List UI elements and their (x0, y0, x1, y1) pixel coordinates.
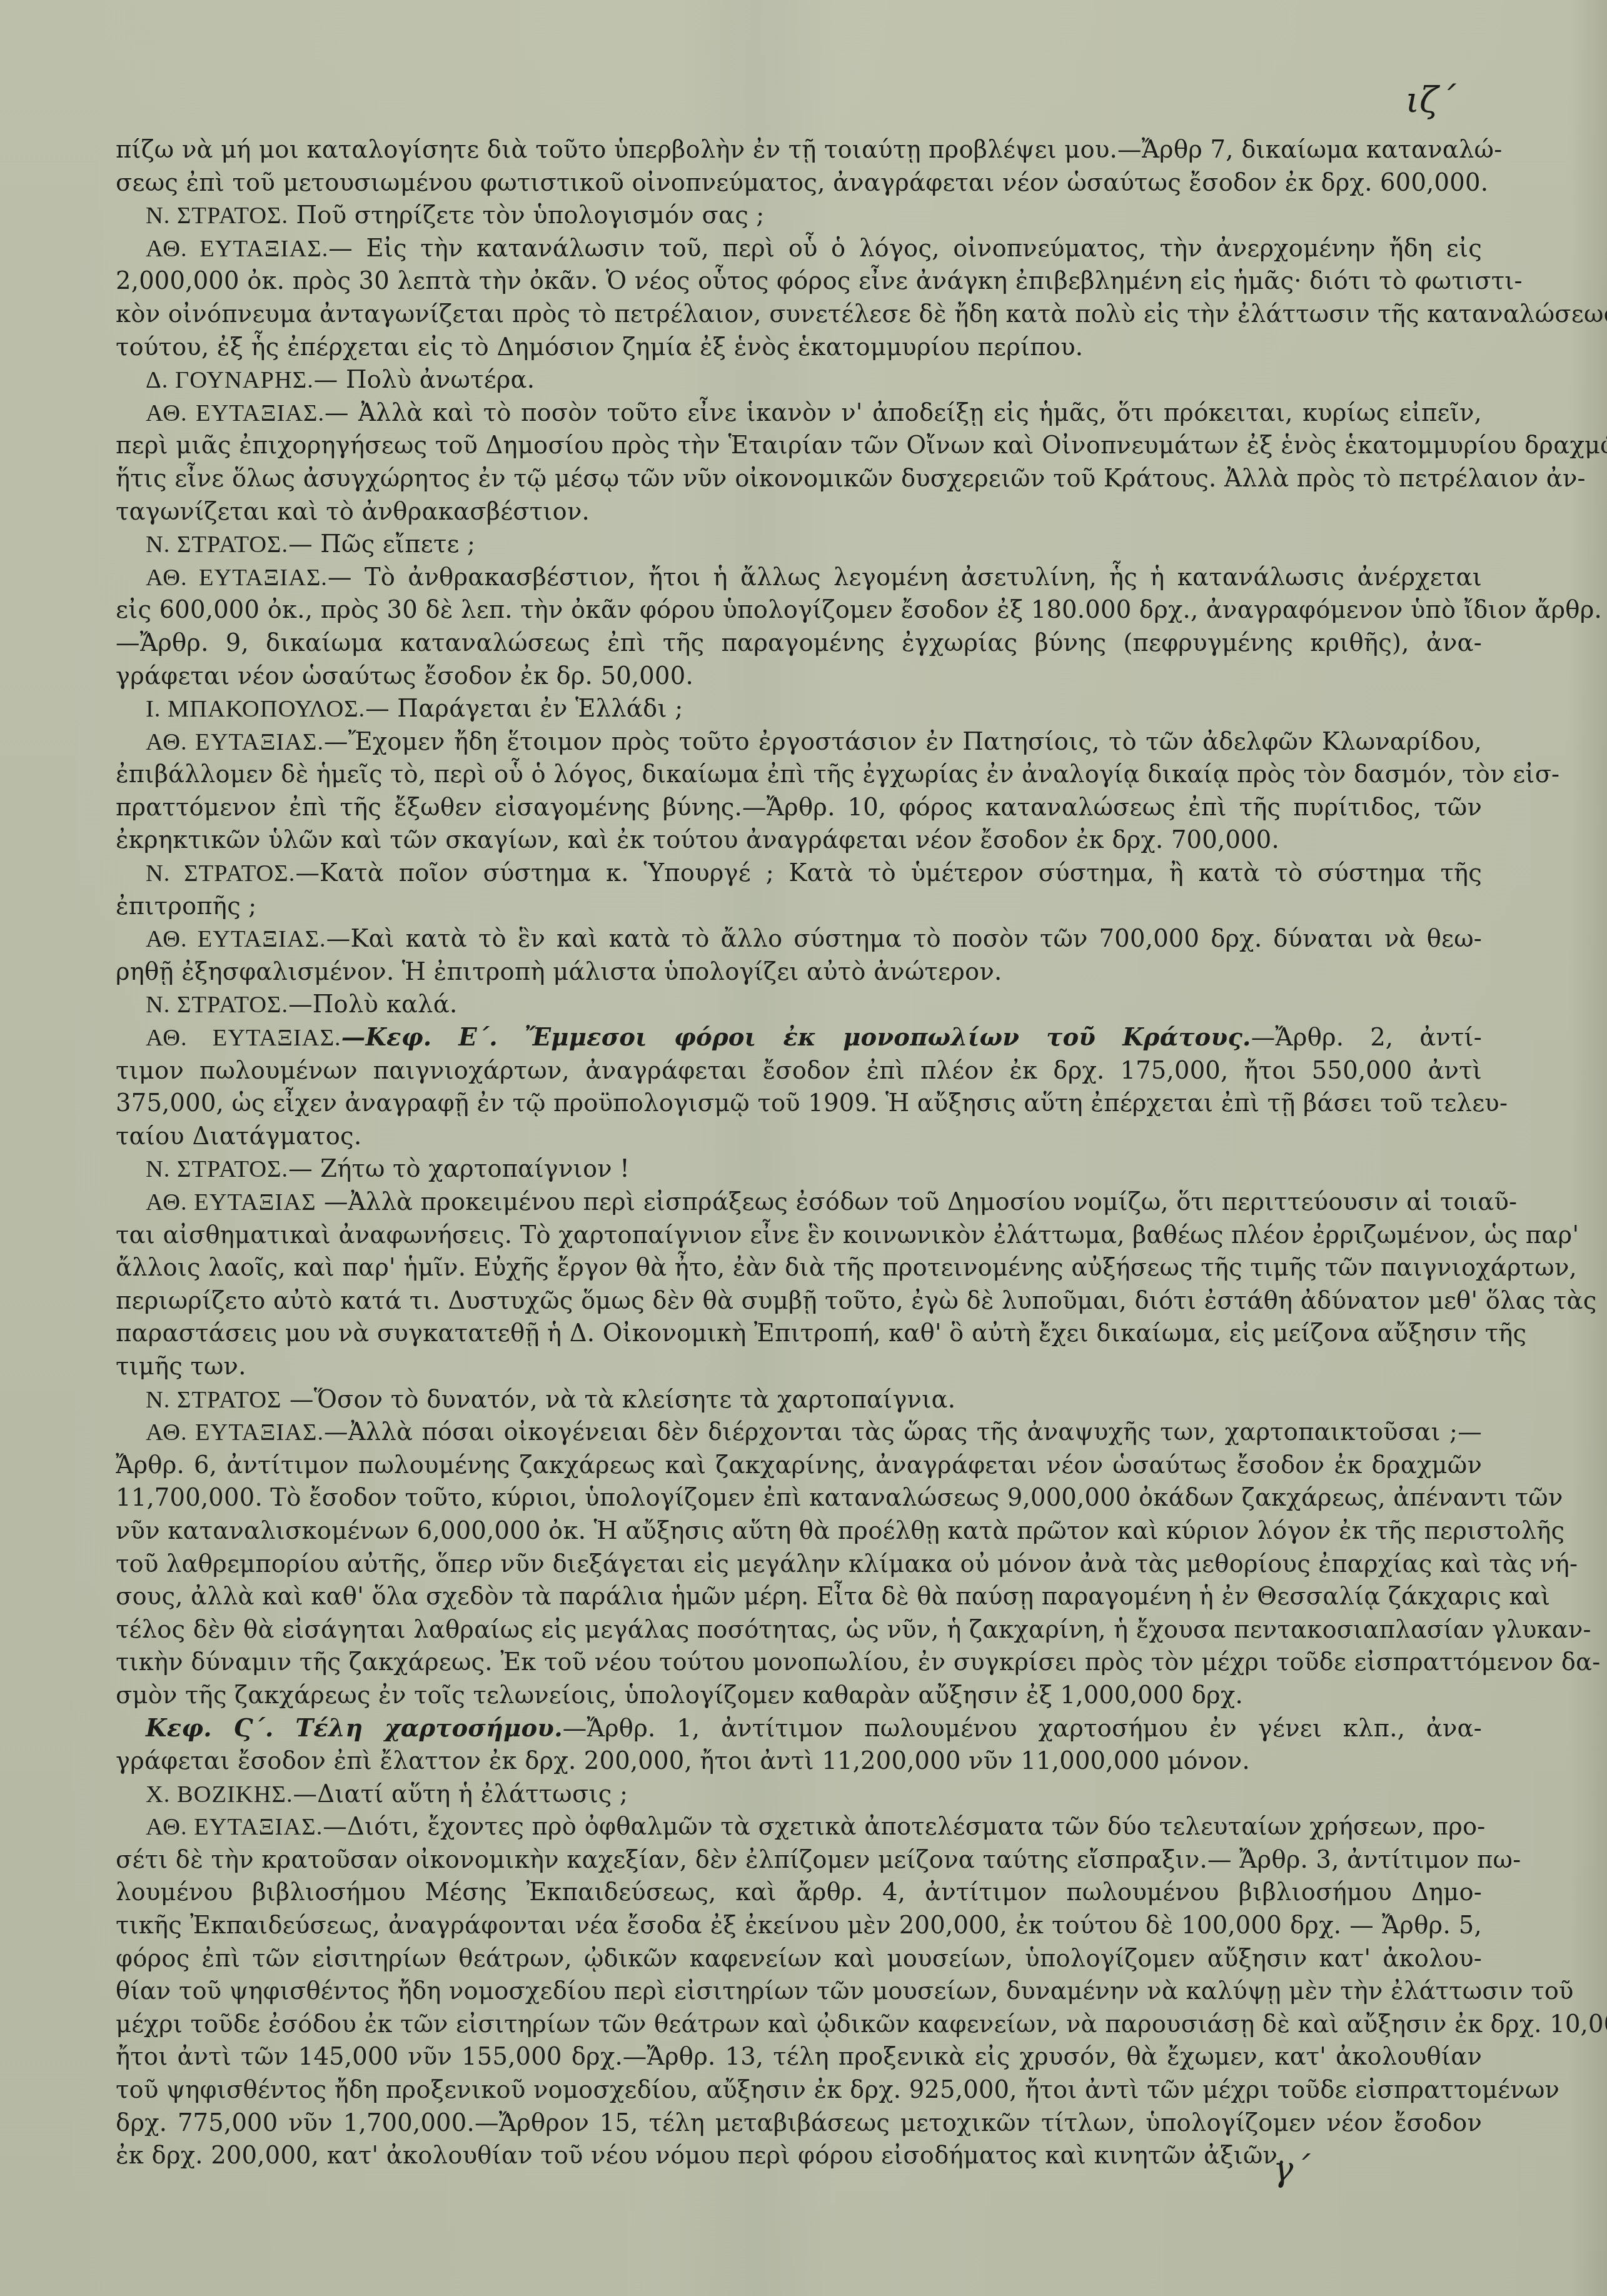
text-line: πίζω νὰ μή μοι καταλογίσητε διὰ τοῦτο ὑπ… (116, 134, 1482, 167)
line-text: περὶ μιᾶς ἐπιχορηγήσεως τοῦ Δημοσίου πρὸ… (116, 431, 1607, 460)
speech-line: Δ. ΓΟΥΝΑΡΗΣ.— Πολὺ ἀνωτέρα. (116, 364, 1482, 397)
line-text: σεως ἐπὶ τοῦ μετουσιωμένου φωτιστικοῦ οἰ… (116, 169, 1488, 197)
line-text: φόρος ἐπὶ τῶν εἰσιτηρίων θεάτρων, ᾠδικῶν… (116, 1945, 1482, 1973)
line-text: — Πῶς εἴπετε ; (288, 530, 475, 558)
text-line: ται αἰσθηματικαὶ ἀναφωνήσεις. Τὸ χαρτοπα… (116, 1219, 1482, 1252)
text-line: περιωρίζετο αὐτὸ κατά τι. Δυστυχῶς ὅμως … (116, 1285, 1482, 1318)
line-text: ἥτις εἶνε ὅλως ἀσυγχώρητος ἐν τῷ μέσῳ τῶ… (116, 465, 1586, 493)
text-line: ταίου Διατάγματος. (116, 1120, 1482, 1154)
text-line: γράφεται ἔσοδον ἐπὶ ἔλαττον ἐκ δρχ. 200,… (116, 1745, 1482, 1778)
speaker-name: Ν. ΣΤΡΑΤΟΣ. (146, 1156, 288, 1182)
line-text: —Καὶ κατὰ τὸ ἓν καὶ κατὰ τὸ ἄλλο σύστημα… (326, 925, 1482, 953)
speaker-name: Χ. ΒΟΖΙΚΗΣ. (146, 1781, 293, 1808)
folio-number: ιζ΄ (1406, 80, 1456, 121)
line-text: ταίου Διατάγματος. (116, 1122, 361, 1151)
text-line: φόρος ἐπὶ τῶν εἰσιτηρίων θεάτρων, ᾠδικῶν… (116, 1943, 1482, 1976)
speech-line: ΑΘ. ΕΥΤΑΞΙΑΣ.— Τὸ ἀνθρακασβέστιον, ἤτοι … (116, 561, 1482, 595)
speaker-name: Ν. ΣΤΡΑΤΟΣ. (146, 203, 288, 229)
speaker-name: Ν. ΣΤΡΑΤΟΣ (146, 1387, 282, 1413)
line-text: —Διότι, ἔχοντες πρὸ ὀφθαλμῶν τὰ σχετικὰ … (323, 1813, 1485, 1841)
speaker-name: Ν. ΣΤΡΑΤΟΣ. (146, 992, 288, 1018)
speaker-name: ΑΘ. ΕΥΤΑΞΙΑΣ. (146, 236, 328, 262)
line-text: —Ὅσον τὸ δυνατόν, νὰ τὰ κλείσητε τὰ χαρτ… (282, 1386, 956, 1414)
heading-line: Κεφ. Ϛ΄. Τέλη χαρτοσήμου.—Ἄρθρ. 1, ἀντίτ… (116, 1713, 1482, 1746)
speaker-name: ΑΘ. ΕΥΤΑΞΙΑΣ (146, 1189, 316, 1216)
chapter-heading: —Κεφ. Ε΄. Ἔμμεσοι φόροι ἐκ μονοπωλίων το… (341, 1024, 1251, 1052)
scanned-page: ιζ΄ πίζω νὰ μή μοι καταλογίσητε διὰ τοῦτ… (0, 0, 1607, 2296)
line-text: — Ἀλλὰ καὶ τὸ ποσὸν τοῦτο εἶνε ἱκανὸν ν'… (325, 399, 1482, 427)
speech-line: ΑΘ. ΕΥΤΑΞΙΑΣ —Ἀλλὰ προκειμένου περὶ εἰσπ… (116, 1186, 1482, 1219)
line-text: Ποῦ στηρίζετε τὸν ὑπολογισμόν σας ; (288, 201, 764, 229)
speech-line: Ν. ΣΤΡΑΤΟΣ.—Πολὺ καλά. (116, 989, 1482, 1022)
text-line: τικὴν δύναμιν τῆς ζακχάρεως. Ἐκ τοῦ νέου… (116, 1646, 1482, 1679)
speaker-name: Ι. ΜΠΑΚΟΠΟΥΛΟΣ. (146, 696, 365, 722)
speech-line: ΑΘ. ΕΥΤΑΞΙΑΣ.— Εἰς τὴν κατανάλωσιν τοῦ, … (116, 233, 1482, 266)
line-text: θίαν τοῦ ψηφισθέντος ἤδη νομοσχεδίου περ… (116, 1977, 1574, 2005)
line-text: ἐπιτροπῆς ; (116, 892, 257, 920)
line-text: —Ἄρθρ. 1, ἀντίτιμον πωλουμένου χαρτοσήμο… (563, 1714, 1482, 1743)
text-line: —Ἄρθρ. 9, δικαίωμα καταναλώσεως ἐπὶ τῆς … (116, 627, 1482, 660)
text-line: τέλος δὲν θὰ εἰσάγηται λαθραίως εἰς μεγά… (116, 1614, 1482, 1647)
speaker-name: ΑΘ. ΕΥΤΑΞΙΑΣ. (146, 1419, 324, 1446)
speaker-name: Ν. ΣΤΡΑΤΟΣ. (146, 860, 295, 887)
line-text: δρχ. 775,000 νῦν 1,700,000.—Ἄρθρον 15, τ… (116, 2109, 1482, 2137)
line-text: εἰς 600,000 ὀκ., πρὸς 30 δὲ λεπ. τὴν ὀκᾶ… (116, 596, 1607, 624)
page-edge-shadow (1569, 0, 1607, 2296)
text-line: νῦν καταναλισκομένων 6,000,000 ὀκ. Ἡ αὔξ… (116, 1515, 1482, 1548)
line-text: 11,700,000. Τὸ ἔσοδον τοῦτο, κύριοι, ὑπο… (116, 1484, 1563, 1512)
speech-line: Ν. ΣΤΡΑΤΟΣ.—Κατὰ ποῖον σύστημα κ. Ὑπουργ… (116, 857, 1482, 890)
text-line: τικῆς Ἐκπαιδεύσεως, ἀναγράφονται νέα ἔσο… (116, 1910, 1482, 1943)
speaker-name: ΑΘ. ΕΥΤΑΞΙΑΣ. (146, 1025, 341, 1051)
speaker-name: ΑΘ. ΕΥΤΑΞΙΑΣ. (146, 400, 325, 426)
line-text: ἐκ δρχ. 200,000, κατ' ἀκολουθίαν τοῦ νέο… (116, 2142, 1286, 2170)
line-text: νῦν καταναλισκομένων 6,000,000 ὀκ. Ἡ αὔξ… (116, 1517, 1564, 1545)
line-text: —Ἔχομεν ἤδη ἕτοιμον πρὸς τοῦτο ἐργοστάσι… (324, 728, 1482, 756)
line-text: λουμένου βιβλιοσήμου Μέσης Ἐκπαιδεύσεως,… (116, 1878, 1482, 1906)
line-text: 375,000, ὡς εἶχεν ἀναγραφῇ ἐν τῷ προϋπολ… (116, 1089, 1508, 1117)
line-text: τικῆς Ἐκπαιδεύσεως, ἀναγράφονται νέα ἔσο… (116, 1911, 1482, 1940)
text-line: πραττόμενον ἐπὶ τῆς ἔξωθεν εἰσαγομένης β… (116, 792, 1482, 825)
text-line: τοῦ λαθρεμπορίου αὐτῆς, ὅπερ νῦν διεξάγε… (116, 1548, 1482, 1581)
speech-line: ΑΘ. ΕΥΤΑΞΙΑΣ.—Ἔχομεν ἤδη ἕτοιμον πρὸς το… (116, 726, 1482, 759)
line-text: ἐκρηκτικῶν ὑλῶν καὶ τῶν σκαγίων, καὶ ἐκ … (116, 826, 1279, 854)
line-text: — Πολὺ ἀνωτέρα. (314, 366, 535, 394)
line-text: —Ἄρθρ. 9, δικαίωμα καταναλώσεως ἐπὶ τῆς … (116, 629, 1482, 657)
text-line: ἥτις εἶνε ὅλως ἀσυγχώρητος ἐν τῷ μέσῳ τῶ… (116, 463, 1482, 496)
line-text: τέλος δὲν θὰ εἰσάγηται λαθραίως εἰς μεγά… (116, 1616, 1591, 1644)
text-line: παραστάσεις μου νὰ συγκατατεθῇ ἡ Δ. Οἰκο… (116, 1317, 1482, 1351)
speaker-name: Δ. ΓΟΥΝΑΡΗΣ. (146, 367, 314, 393)
line-text: —Πολὺ καλά. (288, 990, 457, 1019)
text-line: τοῦ ψηφισθέντος ἤδη προξενικοῦ νομοσχεδί… (116, 2074, 1482, 2107)
line-text: παραστάσεις μου νὰ συγκατατεθῇ ἡ Δ. Οἰκο… (116, 1319, 1526, 1347)
line-text: γράφεται ἔσοδον ἐπὶ ἔλαττον ἐκ δρχ. 200,… (116, 1747, 1250, 1775)
speech-line: Ν. ΣΤΡΑΤΟΣ —Ὅσον τὸ δυνατόν, νὰ τὰ κλείσ… (116, 1384, 1482, 1417)
line-text: σους, ἀλλὰ καὶ καθ' ὅλα σχεδὸν τὰ παράλι… (116, 1583, 1550, 1611)
text-line: κὸν οἰνόπνευμα ἀνταγωνίζεται πρὸς τὸ πετ… (116, 298, 1482, 331)
line-text: τοῦ λαθρεμπορίου αὐτῆς, ὅπερ νῦν διεξάγε… (116, 1550, 1578, 1578)
line-text: ἐπιβάλλομεν δὲ ἡμεῖς τὸ, περὶ οὗ ὁ λόγος… (116, 760, 1559, 788)
speaker-name: Ν. ΣΤΡΑΤΟΣ. (146, 531, 288, 558)
text-line: ἄλλοις λαοῖς, καὶ παρ' ἡμῖν. Εὐχῆς ἔργον… (116, 1252, 1482, 1285)
speech-line: ΑΘ. ΕΥΤΑΞΙΑΣ.—Κεφ. Ε΄. Ἔμμεσοι φόροι ἐκ … (116, 1022, 1482, 1055)
line-text: ταγωνίζεται καὶ τὸ ἀνθρακασβέστιον. (116, 498, 590, 526)
text-line: 11,700,000. Τὸ ἔσοδον τοῦτο, κύριοι, ὑπο… (116, 1482, 1482, 1515)
line-text: — Παράγεται ἐν Ἑλλάδι ; (365, 695, 683, 723)
text-line: θίαν τοῦ ψηφισθέντος ἤδη νομοσχεδίου περ… (116, 1975, 1482, 2008)
speech-line: Ν. ΣΤΡΑΤΟΣ.— Ζήτω τὸ χαρτοπαίγνιον ! (116, 1153, 1482, 1186)
line-text: τικὴν δύναμιν τῆς ζακχάρεως. Ἐκ τοῦ νέου… (116, 1648, 1601, 1676)
line-text: ται αἰσθηματικαὶ ἀναφωνήσεις. Τὸ χαρτοπα… (116, 1221, 1579, 1249)
line-text: Ἄρθρ. 6, ἀντίτιμον πωλουμένης ζακχάρεως … (116, 1451, 1482, 1479)
speaker-name: ΑΘ. ΕΥΤΑΞΙΑΣ. (146, 565, 328, 591)
body-text: πίζω νὰ μή μοι καταλογίσητε διὰ τοῦτο ὑπ… (116, 134, 1482, 2173)
text-line: σεως ἐπὶ τοῦ μετουσιωμένου φωτιστικοῦ οἰ… (116, 167, 1482, 200)
speech-line: Χ. ΒΟΖΙΚΗΣ.—Διατί αὕτη ἡ ἐλάττωσις ; (116, 1778, 1482, 1811)
text-line: εἰς 600,000 ὀκ., πρὸς 30 δὲ λεπ. τὴν ὀκᾶ… (116, 594, 1482, 627)
text-line: σους, ἀλλὰ καὶ καθ' ὅλα σχεδὸν τὰ παράλι… (116, 1581, 1482, 1614)
speech-line: ΑΘ. ΕΥΤΑΞΙΑΣ.—Ἀλλὰ πόσαι οἰκογένειαι δὲν… (116, 1416, 1482, 1449)
speech-line: Ν. ΣΤΡΑΤΟΣ. Ποῦ στηρίζετε τὸν ὑπολογισμό… (116, 199, 1482, 233)
speech-line: Ι. ΜΠΑΚΟΠΟΥΛΟΣ.— Παράγεται ἐν Ἑλλάδι ; (116, 693, 1482, 726)
chapter-heading: Κεφ. Ϛ΄. Τέλη χαρτοσήμου. (146, 1714, 563, 1743)
speech-line: Ν. ΣΤΡΑΤΟΣ.— Πῶς εἴπετε ; (116, 528, 1482, 561)
speech-line: ΑΘ. ΕΥΤΑΞΙΑΣ.—Διότι, ἔχοντες πρὸ ὀφθαλμῶ… (116, 1811, 1482, 1844)
line-text: τοῦ ψηφισθέντος ἤδη προξενικοῦ νομοσχεδί… (116, 2076, 1559, 2104)
speaker-name: ΑΘ. ΕΥΤΑΞΙΑΣ. (146, 729, 324, 755)
line-text: κὸν οἰνόπνευμα ἀνταγωνίζεται πρὸς τὸ πετ… (116, 300, 1607, 328)
text-line: σέτι δὲ τὴν κρατοῦσαν οἰκονομικὴν καχεξί… (116, 1844, 1482, 1877)
line-text: —Διατί αὕτη ἡ ἐλάττωσις ; (293, 1780, 628, 1808)
line-text: μέχρι τοῦδε ἐσόδου ἐκ τῶν εἰσιτηρίων τῶν… (116, 2010, 1607, 2038)
line-text: ρηθῇ ἐξησφαλισμένον. Ἡ ἐπιτροπὴ μάλιστα … (116, 958, 1002, 986)
line-text: πίζω νὰ μή μοι καταλογίσητε διὰ τοῦτο ὑπ… (116, 136, 1502, 164)
line-text: — Τὸ ἀνθρακασβέστιον, ἤτοι ἡ ἄλλως λεγομ… (328, 563, 1482, 592)
text-line: 375,000, ὡς εἶχεν ἀναγραφῇ ἐν τῷ προϋπολ… (116, 1087, 1482, 1120)
text-line: ἐκρηκτικῶν ὑλῶν καὶ τῶν σκαγίων, καὶ ἐκ … (116, 824, 1482, 857)
text-line: Ἄρθρ. 6, ἀντίτιμον πωλουμένης ζακχάρεως … (116, 1449, 1482, 1483)
text-line: ἐπιτροπῆς ; (116, 890, 1482, 924)
speaker-name: ΑΘ. ΕΥΤΑΞΙΑΣ. (146, 926, 326, 952)
text-line: σμὸν τῆς ζακχάρεως ἐν τοῖς τελωνείοις, ὑ… (116, 1679, 1482, 1713)
text-line: γράφεται νέον ὡσαύτως ἔσοδον ἐκ δρ. 50,0… (116, 660, 1482, 693)
text-line: τιμῆς των. (116, 1351, 1482, 1384)
text-line: 2,000,000 ὀκ. πρὸς 30 λεπτὰ τὴν ὀκᾶν. Ὁ … (116, 265, 1482, 298)
line-text: ἄλλοις λαοῖς, καὶ παρ' ἡμῖν. Εὐχῆς ἔργον… (116, 1254, 1577, 1282)
text-line: περὶ μιᾶς ἐπιχορηγήσεως τοῦ Δημοσίου πρὸ… (116, 430, 1482, 463)
text-line: τούτου, ἐξ ἧς ἐπέρχεται εἰς τὸ Δημόσιον … (116, 331, 1482, 365)
text-line: ρηθῇ ἐξησφαλισμένον. Ἡ ἐπιτροπὴ μάλιστα … (116, 956, 1482, 989)
signature-mark: γ΄ (1273, 2150, 1310, 2189)
line-text: σέτι δὲ τὴν κρατοῦσαν οἰκονομικὴν καχεξί… (116, 1846, 1521, 1874)
speech-line: ΑΘ. ΕΥΤΑΞΙΑΣ.—Καὶ κατὰ τὸ ἓν καὶ κατὰ τὸ… (116, 923, 1482, 956)
line-text: 2,000,000 ὀκ. πρὸς 30 λεπτὰ τὴν ὀκᾶν. Ὁ … (116, 267, 1523, 295)
line-text: περιωρίζετο αὐτὸ κατά τι. Δυστυχῶς ὅμως … (116, 1287, 1597, 1315)
line-text: τιμον πωλουμένων παιγνιοχάρτων, ἀναγράφε… (116, 1057, 1482, 1085)
line-text: — Εἰς τὴν κατανάλωσιν τοῦ, περὶ οὗ ὁ λόγ… (328, 234, 1482, 263)
line-text: —Ἀλλὰ προκειμένου περὶ εἰσπράξεως ἐσόδων… (316, 1188, 1518, 1216)
text-line: τιμον πωλουμένων παιγνιοχάρτων, ἀναγράφε… (116, 1055, 1482, 1088)
line-text: πραττόμενον ἐπὶ τῆς ἔξωθεν εἰσαγομένης β… (116, 793, 1482, 822)
text-line: ἐπιβάλλομεν δὲ ἡμεῖς τὸ, περὶ οὗ ὁ λόγος… (116, 758, 1482, 792)
text-line: δρχ. 775,000 νῦν 1,700,000.—Ἄρθρον 15, τ… (116, 2107, 1482, 2140)
text-line: ἤτοι ἀντὶ τῶν 145,000 νῦν 155,000 δρχ.—Ἄ… (116, 2041, 1482, 2074)
line-text: —Ἀλλὰ πόσαι οἰκογένειαι δὲν διέρχονται τ… (324, 1418, 1482, 1446)
line-text: — Ζήτω τὸ χαρτοπαίγνιον ! (288, 1155, 630, 1183)
line-text: τούτου, ἐξ ἧς ἐπέρχεται εἰς τὸ Δημόσιον … (116, 333, 1083, 361)
line-text: σμὸν τῆς ζακχάρεως ἐν τοῖς τελωνείοις, ὑ… (116, 1681, 1243, 1709)
speaker-name: ΑΘ. ΕΥΤΑΞΙΑΣ. (146, 1814, 323, 1840)
line-text: —Ἄρθρ. 2, ἀντί- (1251, 1024, 1482, 1052)
line-text: τιμῆς των. (116, 1352, 246, 1381)
line-text: ἤτοι ἀντὶ τῶν 145,000 νῦν 155,000 δρχ.—Ἄ… (116, 2043, 1482, 2071)
line-text: —Κατὰ ποῖον σύστημα κ. Ὑπουργέ ; Κατὰ τὸ… (295, 859, 1482, 887)
speech-line: ΑΘ. ΕΥΤΑΞΙΑΣ.— Ἀλλὰ καὶ τὸ ποσὸν τοῦτο ε… (116, 397, 1482, 430)
line-text: γράφεται νέον ὡσαύτως ἔσοδον ἐκ δρ. 50,0… (116, 662, 693, 690)
text-line: ταγωνίζεται καὶ τὸ ἀνθρακασβέστιον. (116, 496, 1482, 529)
text-line: λουμένου βιβλιοσήμου Μέσης Ἐκπαιδεύσεως,… (116, 1876, 1482, 1910)
text-line: μέχρι τοῦδε ἐσόδου ἐκ τῶν εἰσιτηρίων τῶν… (116, 2008, 1482, 2042)
